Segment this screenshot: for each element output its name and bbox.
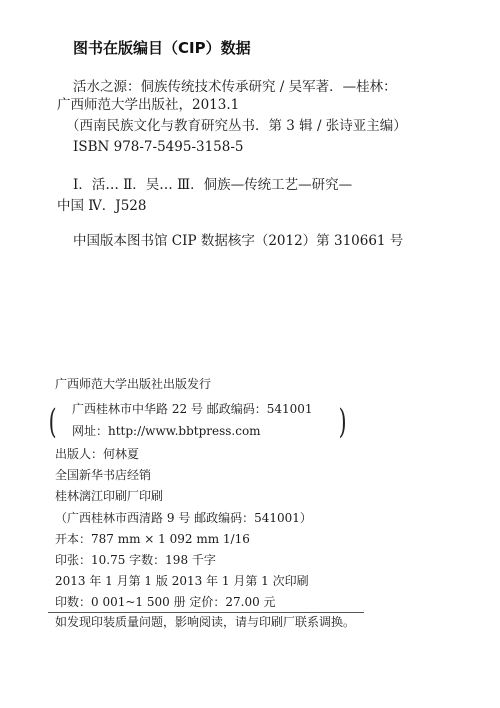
- publisher: 广西师范大学出版社出版发行: [55, 376, 211, 393]
- cip-series-line: （西南民族文化与教育研究丛书．第 3 辑 / 张诗亚主编）: [66, 118, 407, 135]
- cip-heading: 图书在版编目（CIP）数据: [73, 40, 251, 57]
- cip-classification-line-1: Ⅰ．活… Ⅱ．吴… Ⅲ．侗族—传统工艺—研究—: [73, 177, 352, 194]
- quality-notice: 如发现印装质量问题，影响阅读，请与印刷厂联系调换。: [55, 614, 355, 631]
- print-run-and-price: 印数：0 001~1 500 册 定价：27.00 元: [55, 594, 276, 611]
- format: 开本：787 mm × 1 092 mm 1/16: [55, 531, 250, 548]
- distributor: 全国新华书店经销: [55, 467, 151, 484]
- printer: 桂林漓江印刷厂印刷: [55, 488, 163, 505]
- copyright-page: 图书在版编目（CIP）数据 活水之源：侗族传统技术传承研究 / 吴军著．—桂林：…: [0, 0, 500, 708]
- cip-classification-line-2: 中国 Ⅳ．J528: [57, 198, 146, 215]
- printer-address: （广西桂林市西清路 9 号 邮政编码：541001）: [55, 510, 312, 527]
- publisher-person: 出版人：何林夏: [55, 446, 139, 463]
- right-bracket: ): [339, 405, 347, 439]
- cip-title-line-2: 广西师范大学出版社，2013.1: [57, 97, 239, 114]
- cip-title-line-1: 活水之源：侗族传统技术传承研究 / 吴军著．—桂林：: [73, 79, 397, 96]
- publisher-address: 广西桂林市中华路 22 号 邮政编码：541001: [72, 401, 313, 418]
- left-bracket: (: [49, 405, 57, 439]
- cip-number: 中国版本图书馆 CIP 数据核字（2012）第 310661 号: [73, 233, 403, 250]
- sheets-and-words: 印张：10.75 字数：198 千字: [55, 552, 216, 569]
- separator-rule: [48, 612, 364, 613]
- edition: 2013 年 1 月第 1 版 2013 年 1 月第 1 次印刷: [55, 573, 309, 590]
- cip-isbn: ISBN 978-7-5495-3158-5: [73, 139, 244, 156]
- website: 网址：http://www.bbtpress.com: [72, 423, 261, 440]
